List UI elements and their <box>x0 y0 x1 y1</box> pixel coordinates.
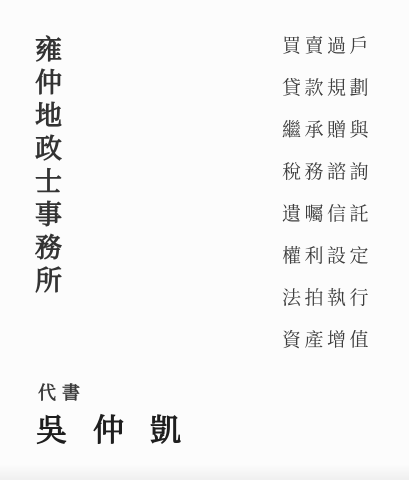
office-title-vertical: 雍仲地政士事務所 <box>31 35 61 299</box>
service-item-will-trust: 遺囑信託 <box>282 205 372 224</box>
service-item-rights-setting: 權利設定 <box>282 247 372 266</box>
service-item-inheritance-gift: 繼承贈與 <box>282 121 372 140</box>
service-item-buy-sell-transfer: 買賣過戶 <box>282 37 372 56</box>
service-item-tax-consulting: 稅務諮詢 <box>282 163 372 182</box>
service-item-foreclosure-execution: 法拍執行 <box>282 289 372 308</box>
service-item-loan-planning: 貸款規劃 <box>282 79 372 98</box>
agent-role-label: 代書 <box>38 383 86 403</box>
business-card: 雍仲地政士事務所 買賣過戶 貸款規劃 繼承贈與 稅務諮詢 遺囑信託 權利設定 法… <box>0 0 409 480</box>
agent-name: 吳仲凱 <box>36 413 207 448</box>
services-list: 買賣過戶 貸款規劃 繼承贈與 稅務諮詢 遺囑信託 權利設定 法拍執行 資產增值 <box>282 37 372 350</box>
service-item-asset-appreciation: 資產增值 <box>282 331 372 350</box>
